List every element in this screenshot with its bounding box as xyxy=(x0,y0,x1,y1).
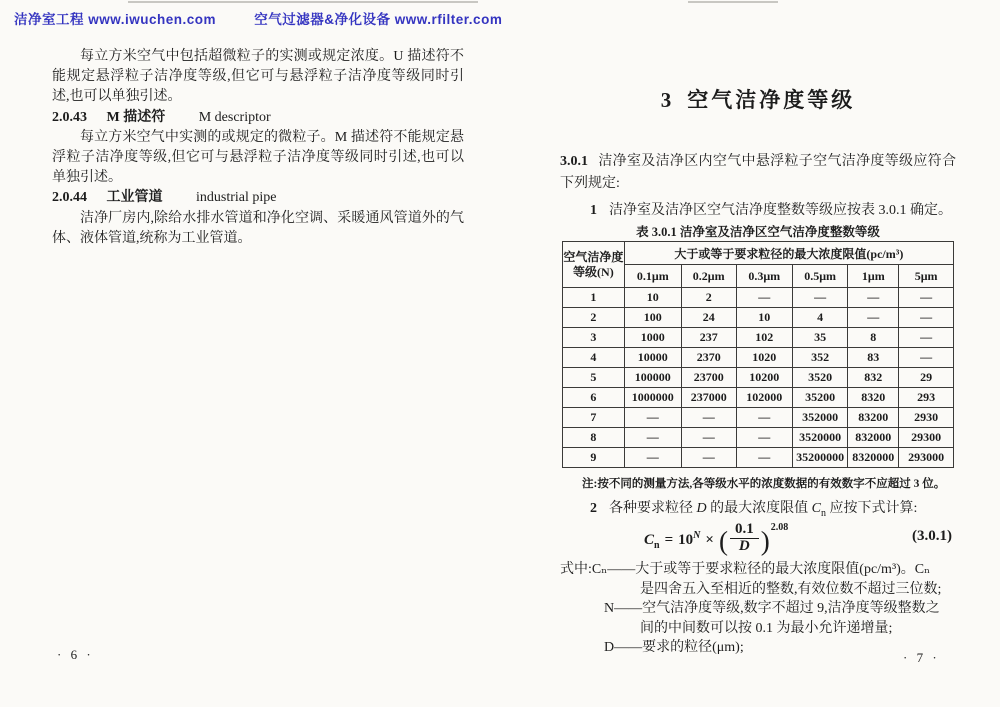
formula-var-c: C xyxy=(644,532,654,548)
formula-sub-n: n xyxy=(654,540,660,551)
legend-line: 式中:Cₙ——大于或等于要求粒径的最大浓度限值(pc/m³)。Cₙ xyxy=(560,560,956,580)
limit-value-cell: 2 xyxy=(681,288,736,308)
paragraph-m-descriptor: 每立方米空气中实测的或规定的微粒子。M 描述符不能规定悬浮粒子洁净度等级,但它可… xyxy=(52,128,464,189)
limit-value-cell: — xyxy=(624,428,681,448)
column-header-class: 空气洁净度 等级(N) xyxy=(563,242,625,288)
table-row: 9———352000008320000293000 xyxy=(563,448,954,468)
equals-sign: = xyxy=(665,532,674,548)
fraction: 0.1D xyxy=(730,522,759,554)
limit-value-cell: 4 xyxy=(792,308,848,328)
column-header-size: 5μm xyxy=(899,265,954,288)
limit-value-cell: 3520 xyxy=(792,368,848,388)
table-caption: 表 3.0.1 洁净室及洁净区空气洁净度整数等级 xyxy=(560,222,956,240)
limit-value-cell: 100 xyxy=(624,308,681,328)
fraction-numerator: 0.1 xyxy=(730,522,759,539)
column-header-size: 0.2μm xyxy=(681,265,736,288)
limit-value-cell: 8320000 xyxy=(848,448,899,468)
limit-value-cell: — xyxy=(848,308,899,328)
table-row: 31000237102358— xyxy=(563,328,954,348)
limit-value-cell: 2370 xyxy=(681,348,736,368)
formula-base-10: 10 xyxy=(678,532,693,548)
limit-value-cell: 102 xyxy=(736,328,792,348)
formula-legend: 式中:Cₙ——大于或等于要求粒径的最大浓度限值(pc/m³)。Cₙ 是四舍五入至… xyxy=(560,560,956,658)
left-parenthesis: ( xyxy=(719,526,728,556)
limit-value-cell: — xyxy=(736,448,792,468)
limit-value-cell: — xyxy=(899,348,954,368)
right-parenthesis: ) xyxy=(761,526,770,556)
limit-value-cell: 83 xyxy=(848,348,899,368)
limit-value-cell: 23700 xyxy=(681,368,736,388)
variable-d: D xyxy=(697,501,707,516)
limit-value-cell: — xyxy=(736,428,792,448)
legend-line: 间的中间数可以按 0.1 为最小允许递增量; xyxy=(560,619,956,639)
class-number-cell: 6 xyxy=(563,388,625,408)
table-row: 8———352000083200029300 xyxy=(563,428,954,448)
limit-value-cell: 10000 xyxy=(624,348,681,368)
limit-value-cell: — xyxy=(681,448,736,468)
chapter-title-text: 空气洁净度等级 xyxy=(687,88,855,112)
term-english: industrial pipe xyxy=(196,190,277,205)
limit-value-cell: 10200 xyxy=(736,368,792,388)
item-text: 洁净室及洁净区空气洁净度整数等级应按表 3.0.1 确定。 xyxy=(609,203,952,218)
term-number: 2.0.43 xyxy=(52,110,87,125)
scanned-page-spread: 洁净室工程 www.iwuchen.com 空气过滤器&净化设备 www.rfi… xyxy=(0,0,1000,707)
limit-value-cell: 10 xyxy=(736,308,792,328)
clause-3-0-1: 3.0.1洁净室及洁净区内空气中悬浮粒子空气洁净度等级应符合下列规定: xyxy=(560,151,956,195)
column-header-size: 0.1μm xyxy=(624,265,681,288)
class-number-cell: 5 xyxy=(563,368,625,388)
table-row: 4100002370102035283— xyxy=(563,348,954,368)
column-header-size: 0.3μm xyxy=(736,265,792,288)
page-number-right: · 7 · xyxy=(903,650,940,666)
list-item-1: 1洁净室及洁净区空气洁净度整数等级应按表 3.0.1 确定。 xyxy=(560,199,956,219)
class-number-cell: 7 xyxy=(563,408,625,428)
limit-value-cell: — xyxy=(848,288,899,308)
limit-value-cell: 29300 xyxy=(899,428,954,448)
limit-value-cell: — xyxy=(681,428,736,448)
limit-value-cell: 100000 xyxy=(624,368,681,388)
item-number: 1 xyxy=(560,203,597,218)
class-number-cell: 1 xyxy=(563,288,625,308)
chapter-title: 3空气洁净度等级 xyxy=(560,84,956,114)
limit-value-cell: 83200 xyxy=(848,408,899,428)
column-header-size: 1μm xyxy=(848,265,899,288)
limit-value-cell: 237000 xyxy=(681,388,736,408)
limit-value-cell: 2930 xyxy=(899,408,954,428)
table-row: 1102———— xyxy=(563,288,954,308)
legend-line: N——空气洁净度等级,数字不超过 9,洁净度等级整数之 xyxy=(560,599,956,619)
limit-value-cell: 102000 xyxy=(736,388,792,408)
paragraph-u-descriptor: 每立方米空气中包括超微粒子的实测或规定浓度。U 描述符不能规定悬浮粒子洁净度等级… xyxy=(52,47,464,108)
limit-value-cell: — xyxy=(624,408,681,428)
watermark-left-text: 洁净室工程 www.iwuchen.com xyxy=(14,12,216,27)
item-text-part: 的最大浓度限值 xyxy=(707,501,812,516)
class-number-cell: 2 xyxy=(563,308,625,328)
limit-value-cell: 1020 xyxy=(736,348,792,368)
cleanliness-table-body: 1102————210024104——31000237102358—410000… xyxy=(563,288,954,468)
legend-line: 是四舍五入至相近的整数,有效位数不超过三位数; xyxy=(560,580,956,600)
column-header-span: 大于或等于要求粒径的最大浓度限值(pc/m³) xyxy=(624,242,953,265)
limit-value-cell: 237 xyxy=(681,328,736,348)
column-header-class-line1: 空气洁净度 xyxy=(563,250,624,265)
term-chinese: 工业管道 xyxy=(107,190,163,205)
item-text-part: 应按下式计算: xyxy=(826,501,917,516)
class-number-cell: 4 xyxy=(563,348,625,368)
limit-value-cell: — xyxy=(899,328,954,348)
limit-value-cell: — xyxy=(792,288,848,308)
table-row: 210024104—— xyxy=(563,308,954,328)
limit-value-cell: 1000000 xyxy=(624,388,681,408)
class-number-cell: 8 xyxy=(563,428,625,448)
variable-c: C xyxy=(812,501,821,516)
table-header: 空气洁净度 等级(N) 大于或等于要求粒径的最大浓度限值(pc/m³) 0.1μ… xyxy=(563,242,954,288)
limit-value-cell: — xyxy=(899,308,954,328)
clause-number: 3.0.1 xyxy=(560,154,588,169)
scan-artifact xyxy=(128,1,478,3)
limit-value-cell: — xyxy=(736,408,792,428)
limit-value-cell: 293000 xyxy=(899,448,954,468)
formula-power: 2.08 xyxy=(771,522,789,533)
limit-value-cell: 832 xyxy=(848,368,899,388)
watermark-right-text: 空气过滤器&净化设备 www.rfilter.com xyxy=(254,12,502,27)
right-page: 3空气洁净度等级 3.0.1洁净室及洁净区内空气中悬浮粒子空气洁净度等级应符合下… xyxy=(560,0,956,707)
legend-line: D——要求的粒径(μm); xyxy=(560,638,956,658)
table-row: 7———352000832002930 xyxy=(563,408,954,428)
limit-value-cell: — xyxy=(736,288,792,308)
item-text-part: 各种要求粒径 xyxy=(609,501,697,516)
limit-value-cell: — xyxy=(681,408,736,428)
term-number: 2.0.44 xyxy=(52,190,87,205)
limit-value-cell: — xyxy=(899,288,954,308)
formula-expression: Cn=10N×(0.1D)2.08 xyxy=(644,522,788,557)
chapter-number: 3 xyxy=(661,88,672,112)
limit-value-cell: 3520000 xyxy=(792,428,848,448)
fraction-denominator: D xyxy=(730,539,759,554)
multiplication-sign: × xyxy=(705,532,714,548)
equation-3-0-1: Cn=10N×(0.1D)2.08 (3.0.1) xyxy=(560,516,956,560)
term-heading-2-0-43: 2.0.43 M 描述符 M descriptor xyxy=(52,108,464,128)
class-number-cell: 3 xyxy=(563,328,625,348)
limit-value-cell: 29 xyxy=(899,368,954,388)
paragraph-industrial-pipe: 洁净厂房内,除给水排水管道和净化空调、采暖通风管道外的气体、液体管道,统称为工业… xyxy=(52,209,464,249)
cleanliness-class-table: 空气洁净度 等级(N) 大于或等于要求粒径的最大浓度限值(pc/m³) 0.1μ… xyxy=(562,241,954,468)
table-note: 注:按不同的测量方法,各等级水平的浓度数据的有效数字不应超过 3 位。 xyxy=(582,475,956,491)
clause-text: 洁净室及洁净区内空气中悬浮粒子空气洁净度等级应符合下列规定: xyxy=(560,154,956,191)
column-header-class-line2: 等级(N) xyxy=(563,265,624,280)
page-number-left: · 6 · xyxy=(57,647,94,663)
equation-number: (3.0.1) xyxy=(912,528,952,545)
left-page: 每立方米空气中包括超微粒子的实测或规定浓度。U 描述符不能规定悬浮粒子洁净度等级… xyxy=(52,47,464,249)
term-english: M descriptor xyxy=(199,110,271,125)
table-row: 51000002370010200352083229 xyxy=(563,368,954,388)
limit-value-cell: 1000 xyxy=(624,328,681,348)
class-number-cell: 9 xyxy=(563,448,625,468)
limit-value-cell: 10 xyxy=(624,288,681,308)
limit-value-cell: 293 xyxy=(899,388,954,408)
term-heading-2-0-44: 2.0.44 工业管道 industrial pipe xyxy=(52,188,464,208)
limit-value-cell: 352000 xyxy=(792,408,848,428)
limit-value-cell: 352 xyxy=(792,348,848,368)
column-header-size: 0.5μm xyxy=(792,265,848,288)
limit-value-cell: 8 xyxy=(848,328,899,348)
table-header-row-1: 空气洁净度 等级(N) 大于或等于要求粒径的最大浓度限值(pc/m³) xyxy=(563,242,954,265)
limit-value-cell: 24 xyxy=(681,308,736,328)
table-row: 61000000237000102000352008320293 xyxy=(563,388,954,408)
limit-value-cell: 35 xyxy=(792,328,848,348)
term-chinese: M 描述符 xyxy=(107,110,166,125)
item-number: 2 xyxy=(560,501,597,516)
limit-value-cell: 832000 xyxy=(848,428,899,448)
formula-exponent-n: N xyxy=(693,530,700,541)
limit-value-cell: 35200 xyxy=(792,388,848,408)
limit-value-cell: — xyxy=(624,448,681,468)
limit-value-cell: 35200000 xyxy=(792,448,848,468)
limit-value-cell: 8320 xyxy=(848,388,899,408)
